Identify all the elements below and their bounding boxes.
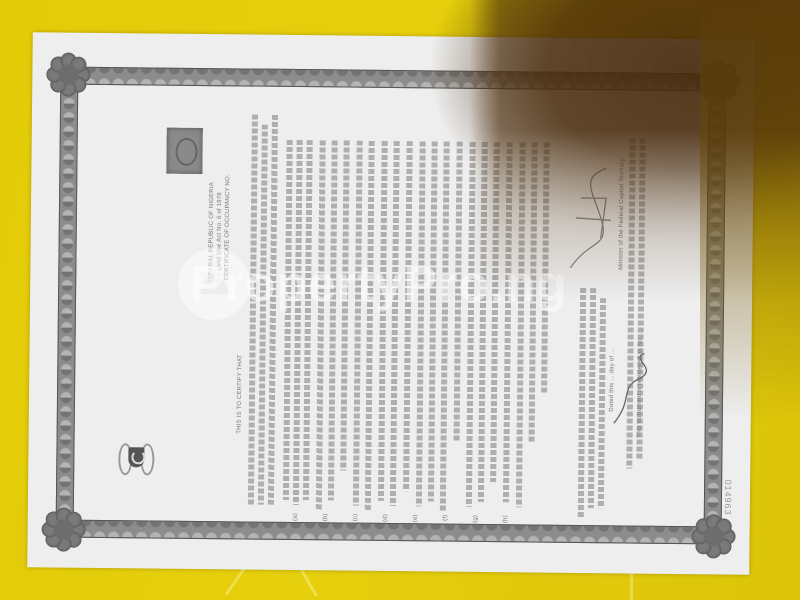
nigeria-coat-of-arms-icon xyxy=(118,439,154,477)
watermark: PropertyPro.ng xyxy=(190,255,568,313)
border-bottom xyxy=(78,520,700,545)
text-line xyxy=(403,141,413,491)
text-line xyxy=(578,288,586,518)
text-line xyxy=(316,140,326,510)
rosette-corner-icon xyxy=(40,506,86,552)
text-line xyxy=(283,140,293,500)
text-line xyxy=(390,141,400,506)
clause-marker: (a) xyxy=(293,513,299,521)
text-line xyxy=(303,140,313,500)
text-line xyxy=(365,141,375,511)
text-line xyxy=(258,125,268,505)
clause-marker: (f) xyxy=(443,515,449,521)
text-line xyxy=(416,141,426,506)
text-line xyxy=(328,140,338,500)
signature-mark xyxy=(560,158,621,279)
clause-marker: (e) xyxy=(413,514,419,522)
text-line xyxy=(598,298,606,508)
text-line xyxy=(293,140,303,505)
border-right xyxy=(704,95,726,522)
opening-line: THIS IS TO CERTIFY THAT xyxy=(237,354,244,433)
text-line xyxy=(466,142,476,507)
rosette-corner-icon xyxy=(690,513,736,559)
clause-marker: (h) xyxy=(503,515,509,523)
text-line xyxy=(478,142,488,502)
clause-marker: (b) xyxy=(323,513,329,521)
clause-marker: (g) xyxy=(473,515,479,523)
clause-marker: (d) xyxy=(383,514,389,522)
serial-number: 014963 xyxy=(723,479,733,515)
rosette-corner-icon xyxy=(45,51,91,97)
text-line xyxy=(353,141,363,506)
passport-photo xyxy=(166,128,202,174)
text-line xyxy=(440,142,450,512)
text-line xyxy=(378,141,388,501)
rosette-corner-icon xyxy=(695,58,741,104)
signature-mark xyxy=(609,348,650,428)
text-line xyxy=(588,288,596,508)
text-line xyxy=(516,142,526,507)
text-line xyxy=(503,142,513,502)
clause-marker: (c) xyxy=(353,514,359,522)
border-left xyxy=(56,89,78,516)
border-top xyxy=(82,67,704,92)
text-line xyxy=(428,141,438,501)
